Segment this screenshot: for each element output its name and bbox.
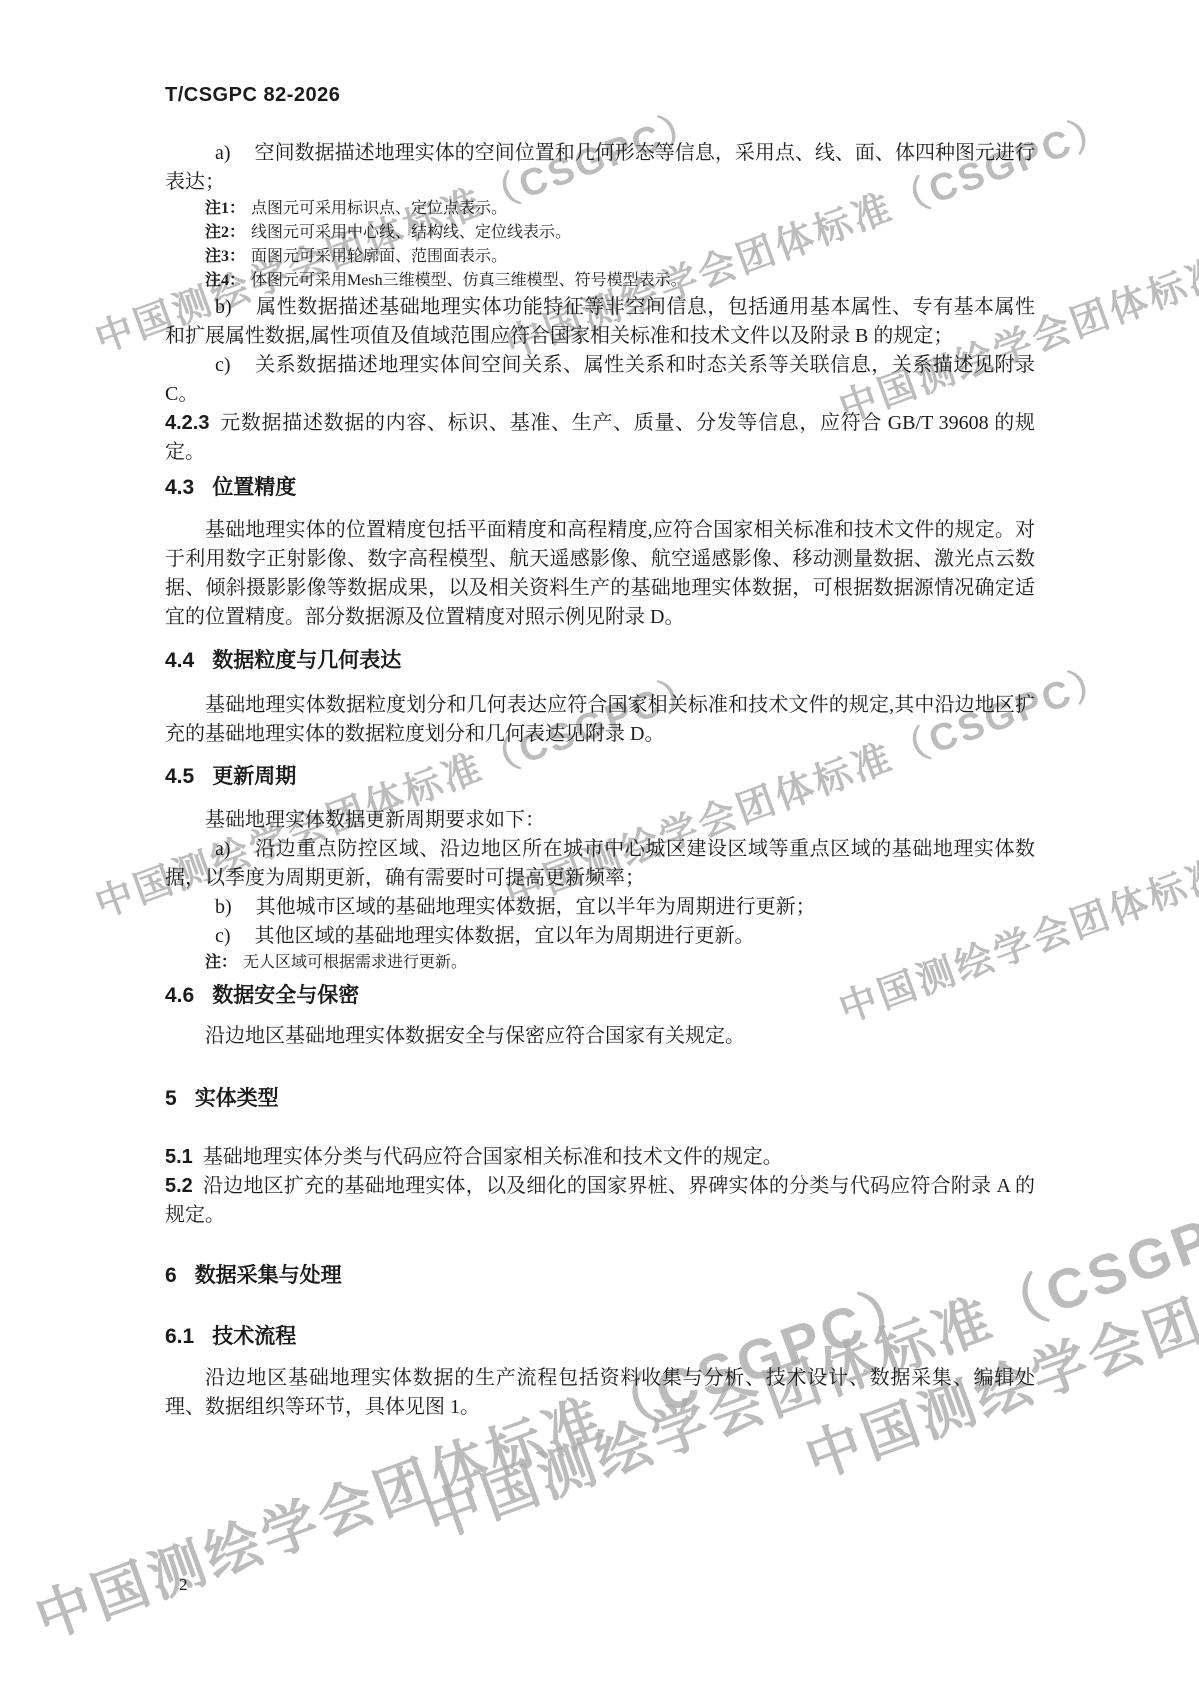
para-security: 沿边地区基础地理实体数据安全与保密应符合国家有关规定。	[165, 1022, 1035, 1051]
clause-number: 5.1	[165, 1146, 203, 1168]
item-text: 关系数据描述地理实体间空间关系、属性关系和时态关系等关联信息，关系描述见附录 C…	[165, 354, 1035, 405]
item-text: 沿边重点防控区域、沿边地区所在城市中心城区建设区域等重点区域的基础地理实体数据，…	[165, 838, 1035, 889]
note-text: 点图元可采用标识点、定位点表示。	[251, 200, 507, 217]
section-number: 4.3	[165, 476, 212, 499]
note-label: 注3：	[205, 248, 251, 265]
item-text: 其他区域的基础地理实体数据，宜以年为周期进行更新。	[255, 925, 755, 947]
page-number: 2	[179, 1574, 1035, 1596]
note-label: 注2：	[205, 224, 251, 241]
clause-item-c: c)关系数据描述地理实体间空间关系、属性关系和时态关系等关联信息，关系描述见附录…	[165, 351, 1035, 409]
section-title: 数据粒度与几何表达	[212, 649, 401, 672]
item-text: 空间数据描述地理实体的空间位置和几何形态等信息，采用点、线、面、体四种图元进行表…	[165, 142, 1035, 193]
chapter-heading-5: 5实体类型	[165, 1086, 1035, 1112]
section-number: 4.4	[165, 649, 212, 672]
section-number: 4.5	[165, 765, 212, 788]
section-title: 位置精度	[212, 476, 296, 499]
section-heading-4-5: 4.5更新周期	[165, 764, 1035, 790]
note-text: 面图元可采用轮廓面、范围面表示。	[251, 248, 507, 265]
clause-4-2-3: 4.2.3元数据描述数据的内容、标识、基准、生产、质量、分发等信息，应符合 GB…	[165, 409, 1035, 467]
note-4: 注4：体图元可采用Mesh三维模型、仿真三维模型、符号模型表示。	[165, 269, 1035, 293]
document-page: 中国测绘学会团体标准（CSGPC） 中国测绘学会团体标准（CSGPC） 中国测绘…	[0, 0, 1199, 1696]
chapter-heading-6: 6数据采集与处理	[165, 1263, 1035, 1289]
clause-text: 元数据描述数据的内容、标识、基准、生产、质量、分发等信息，应符合 GB/T 39…	[165, 412, 1035, 463]
note-label: 注4：	[205, 272, 251, 289]
chapter-number: 5	[165, 1087, 195, 1110]
item-label: c)	[215, 925, 255, 947]
section-title: 数据安全与保密	[212, 984, 359, 1007]
section-title: 更新周期	[212, 765, 296, 788]
note-label: 注1：	[205, 200, 251, 217]
para-update-intro: 基础地理实体数据更新周期要求如下：	[165, 806, 1035, 835]
note-text: 体图元可采用Mesh三维模型、仿真三维模型、符号模型表示。	[251, 272, 687, 289]
update-note: 注：无人区域可根据需求进行更新。	[165, 951, 1035, 975]
item-label: b)	[215, 296, 256, 318]
note-text: 无人区域可根据需求进行更新。	[243, 954, 467, 971]
clause-text: 沿边地区扩充的基础地理实体，以及细化的国家界桩、界碑实体的分类与代码应符合附录 …	[165, 1175, 1035, 1226]
note-1: 注1：点图元可采用标识点、定位点表示。	[165, 197, 1035, 221]
clause-number: 5.2	[165, 1175, 203, 1197]
doc-number: T/CSGPC 82-2026	[165, 83, 1035, 107]
note-3: 注3：面图元可采用轮廓面、范围面表示。	[165, 245, 1035, 269]
clause-5-1: 5.1基础地理实体分类与代码应符合国家相关标准和技术文件的规定。	[165, 1143, 1035, 1172]
update-item-a: a)沿边重点防控区域、沿边地区所在城市中心城区建设区域等重点区域的基础地理实体数…	[165, 835, 1035, 893]
clause-5-2: 5.2沿边地区扩充的基础地理实体，以及细化的国家界桩、界碑实体的分类与代码应符合…	[165, 1172, 1035, 1230]
note-text: 线图元可采用中心线、结构线、定位线表示。	[251, 224, 571, 241]
clause-number: 4.2.3	[165, 412, 219, 434]
para-position-accuracy: 基础地理实体的位置精度包括平面精度和高程精度,应符合国家相关标准和技术文件的规定…	[165, 516, 1035, 632]
para-workflow: 沿边地区基础地理实体数据的生产流程包括资料收集与分析、技术设计、数据采集、编辑处…	[165, 1364, 1035, 1422]
section-title: 技术流程	[212, 1325, 296, 1348]
section-number: 4.6	[165, 984, 212, 1007]
item-text: 属性数据描述基础地理实体功能特征等非空间信息，包括通用基本属性、专有基本属性和扩…	[165, 296, 1035, 347]
para-granularity: 基础地理实体数据粒度划分和几何表达应符合国家相关标准和技术文件的规定,其中沿边地…	[165, 691, 1035, 749]
section-heading-6-1: 6.1技术流程	[165, 1324, 1035, 1350]
chapter-number: 6	[165, 1264, 195, 1287]
update-item-c: c)其他区域的基础地理实体数据，宜以年为周期进行更新。	[165, 922, 1035, 951]
clause-item-b: b)属性数据描述基础地理实体功能特征等非空间信息，包括通用基本属性、专有基本属性…	[165, 293, 1035, 351]
note-2: 注2：线图元可采用中心线、结构线、定位线表示。	[165, 221, 1035, 245]
clause-text: 基础地理实体分类与代码应符合国家相关标准和技术文件的规定。	[203, 1146, 783, 1168]
item-label: a)	[215, 838, 255, 860]
clause-item-a: a)空间数据描述地理实体的空间位置和几何形态等信息，采用点、线、面、体四种图元进…	[165, 139, 1035, 197]
section-number: 6.1	[165, 1325, 212, 1348]
section-heading-4-4: 4.4数据粒度与几何表达	[165, 648, 1035, 674]
item-label: c)	[215, 354, 255, 376]
item-label: b)	[215, 896, 256, 918]
update-item-b: b)其他城市区域的基础地理实体数据，宜以半年为周期进行更新；	[165, 893, 1035, 922]
chapter-title: 数据采集与处理	[195, 1264, 342, 1287]
item-text: 其他城市区域的基础地理实体数据，宜以半年为周期进行更新；	[256, 896, 816, 918]
chapter-title: 实体类型	[195, 1087, 279, 1110]
section-heading-4-3: 4.3位置精度	[165, 475, 1035, 501]
item-label: a)	[215, 142, 255, 164]
note-label: 注：	[205, 954, 243, 971]
section-heading-4-6: 4.6数据安全与保密	[165, 983, 1035, 1009]
page-content: T/CSGPC 82-2026 a)空间数据描述地理实体的空间位置和几何形态等信…	[165, 0, 1035, 1596]
